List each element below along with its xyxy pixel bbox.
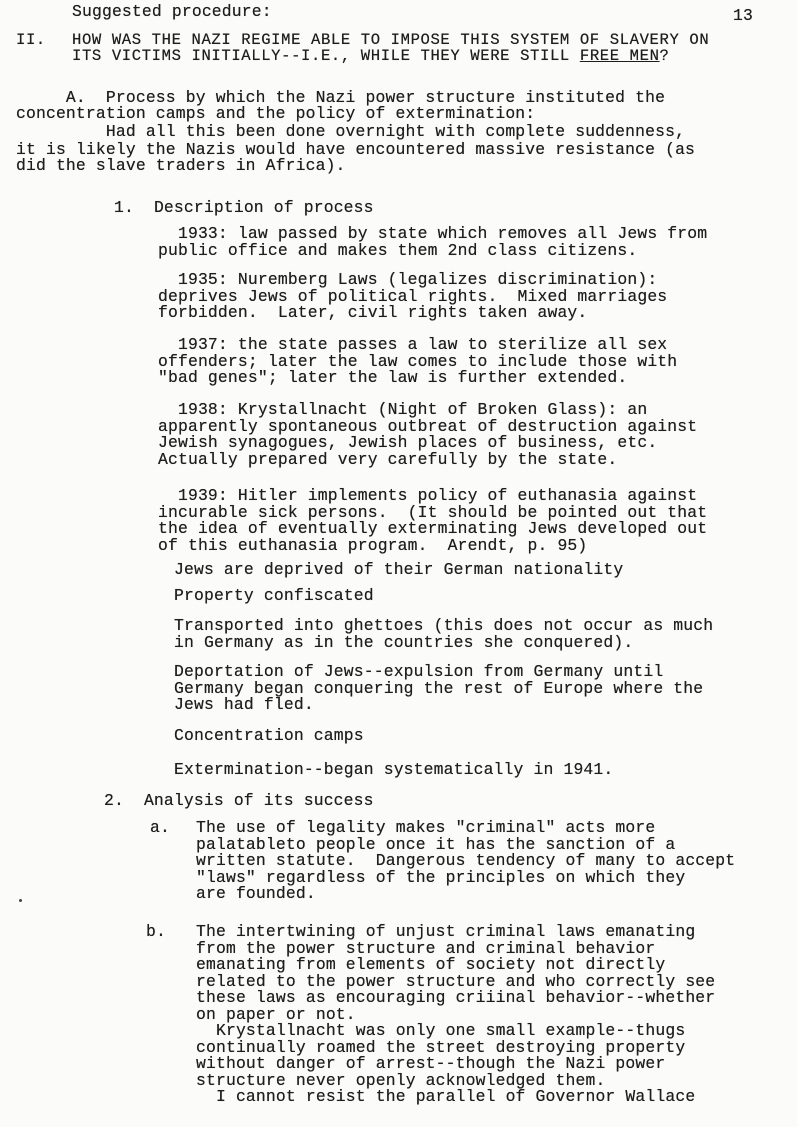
process-step-line: Concentration camps [174, 728, 364, 744]
dated-event-line: of this euthanasia program. Arendt, p. 9… [158, 538, 587, 554]
section-a-line: concentration camps and the policy of ex… [16, 106, 535, 122]
point-b-line: I cannot resist the parallel of Governor… [196, 1089, 695, 1105]
point-a-marker: a. [150, 820, 170, 836]
process-step-line: Deportation of Jews--expulsion from Germ… [174, 664, 663, 680]
point-b-marker: b. [146, 924, 166, 940]
dated-event-line: Jewish synagogues, Jewish places of busi… [158, 435, 657, 451]
point-a-line: written statute. Dangerous tendency of m… [196, 853, 735, 869]
dated-event-line: 1939: Hitler implements policy of euthan… [158, 488, 697, 504]
dated-event-line: "bad genes"; later the law is further ex… [158, 370, 627, 386]
title-emphasis: FREE MEN [580, 47, 660, 65]
dated-event-line: 1938: Krystallnacht (Night of Broken Gla… [158, 402, 647, 418]
dated-event-line: Actually prepared very carefully by the … [158, 452, 617, 468]
item-1-heading: 1. Description of process [114, 200, 374, 216]
point-a-line: are founded. [196, 886, 316, 902]
point-b-line: without danger of arrest--though the Naz… [196, 1056, 665, 1072]
section-title-line2: ITS VICTIMS INITIALLY--I.E., WHILE THEY … [72, 48, 670, 64]
dated-event-line: forbidden. Later, civil rights taken awa… [158, 305, 587, 321]
process-step-line: Jews had fled. [174, 697, 314, 713]
process-step-line: Transported into ghettoes (this does not… [174, 618, 713, 634]
process-step-line: Jews are deprived of their German nation… [174, 562, 623, 578]
process-step-line: Property confiscated [174, 588, 374, 604]
dated-event-line: public office and makes them 2nd class c… [158, 243, 637, 259]
section-a-line: did the slave traders in Africa). [16, 158, 346, 174]
point-b-line: Krystallnacht was only one small example… [196, 1023, 685, 1039]
stray-mark [19, 899, 22, 902]
process-step-line: in Germany as in the countries she conqu… [174, 635, 633, 651]
process-step-line: Extermination--began systematically in 1… [174, 762, 613, 778]
point-b-line: emanating from elements of society not d… [196, 957, 665, 973]
item-2-heading: 2. Analysis of its success [104, 793, 374, 809]
dated-event-line: 1935: Nuremberg Laws (legalizes discrimi… [158, 272, 657, 288]
page-number: 13 [733, 8, 753, 24]
dated-event-line: the idea of eventually exterminating Jew… [158, 521, 707, 537]
point-b-line: The intertwining of unjust criminal laws… [196, 924, 695, 940]
point-a-line: The use of legality makes "criminal" act… [196, 820, 655, 836]
title-line2-post: ? [660, 47, 670, 65]
section-title-line1: HOW WAS THE NAZI REGIME ABLE TO IMPOSE T… [72, 32, 709, 48]
dated-event-line: 1937: the state passes a law to steriliz… [158, 337, 667, 353]
dated-event-line: 1933: law passed by state which removes … [158, 226, 707, 242]
point-b-line: these laws as encouraging criiinal behav… [196, 990, 715, 1006]
section-a-line: Had all this been done overnight with co… [16, 124, 685, 140]
section-numeral: II. [16, 32, 46, 48]
procedure-label: Suggested procedure: [72, 4, 272, 20]
title-line2-pre: ITS VICTIMS INITIALLY--I.E., WHILE THEY … [72, 47, 580, 65]
